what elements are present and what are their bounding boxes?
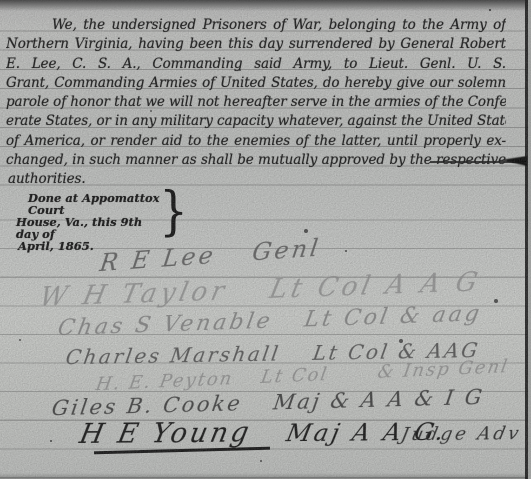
signature-name: Giles B. Cooke: [50, 391, 244, 420]
signature-row-young: H E Young Maj A A G. Judge Adv: [77, 415, 531, 450]
signature-name: Chas S Venable: [56, 308, 275, 341]
signature-rank-extra: & Insp Genl: [376, 356, 511, 383]
body-line-4: Grant, Commanding Armies of United State…: [6, 74, 506, 93]
page-top-edge-shadow: [0, 0, 531, 11]
signature-name: H E Young: [77, 417, 255, 450]
body-line-3: E. Lee, C. S. A., Commanding said Army, …: [6, 55, 506, 74]
signature-name: W H Taylor: [37, 276, 231, 313]
date-line-2: House, Va., this 9th day of: [16, 217, 168, 241]
paper-specks: [489, 9, 491, 11]
right-margin-line: [525, 0, 528, 479]
date-closing-brace: }: [159, 188, 187, 236]
parole-document-scan: We, the undersigned Prisoners of War, be…: [0, 0, 531, 479]
signature-name: Charles Marshall: [64, 341, 282, 369]
signature-rank: Lt Col & aag: [302, 301, 484, 332]
body-line-8: changed, in such manner as shall be mutu…: [6, 151, 506, 170]
parole-body-text: We, the undersigned Prisoners of War, be…: [6, 16, 506, 190]
body-line-9: authorities.: [6, 170, 506, 189]
page-bottom-edge-shadow: [0, 473, 531, 479]
body-line-5: parole of honor that we will not hereaft…: [6, 93, 506, 112]
body-line-7: of America, or render aid to the enemies…: [6, 132, 506, 151]
signature-rank: Maj & A A & I G: [272, 385, 486, 415]
body-line-1: We, the undersigned Prisoners of War, be…: [6, 16, 506, 35]
signature-rank: Lt Col A A G: [267, 267, 484, 305]
signature-rank: Genl: [250, 233, 322, 266]
body-line-2: Northern Virginia, having been this day …: [6, 35, 506, 54]
date-block: Done at Appomattox Court House, Va., thi…: [16, 193, 168, 253]
right-page-edge: [528, 0, 531, 479]
signature-rank-extra: Judge Adv: [399, 423, 523, 445]
body-line-6: erate States, or in any military capacit…: [6, 112, 506, 131]
date-line-1: Done at Appomattox Court: [16, 193, 168, 217]
signature-rank: Lt Col: [259, 364, 330, 388]
